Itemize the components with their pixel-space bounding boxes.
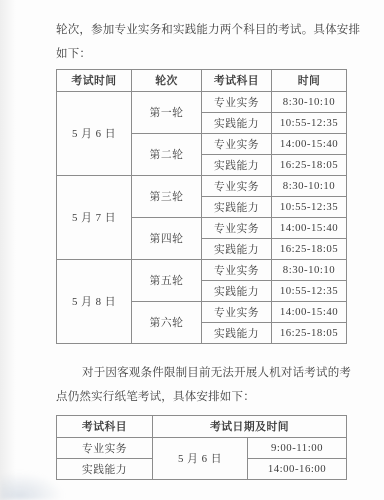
- subject-cell: 实践能力: [202, 323, 272, 344]
- time-cell: 14:00-16:00: [248, 459, 347, 480]
- table-header-row: 考试科目 考试日期及时间: [57, 416, 347, 438]
- intro-line: 轮次，参加专业实务和实践能力两个科目的考试。具体安排: [56, 18, 348, 42]
- subject-cell: 专业实务: [202, 218, 272, 239]
- header-subject: 考试科目: [202, 70, 272, 92]
- time-cell: 16:25-18:05: [272, 323, 347, 344]
- header-subject: 考试科目: [57, 416, 153, 438]
- time-cell: 16:25-18:05: [272, 239, 347, 260]
- document-content: 轮次，参加专业实务和实践能力两个科目的考试。具体安排 如下： 考试时间 轮次 考…: [56, 18, 348, 480]
- note-line: 点仍然实行纸笔考试，具体安排如下：: [56, 385, 348, 409]
- header-round: 轮次: [132, 70, 202, 92]
- time-cell: 8:30-10:10: [272, 92, 347, 113]
- date-cell: 5 月 8 日: [57, 260, 132, 344]
- table-row: 5 月 7 日 第三轮 专业实务 8:30-10:10: [57, 176, 347, 197]
- time-cell: 8:30-10:10: [272, 176, 347, 197]
- table-row: 专业实务 5 月 6 日 9:00-11:00: [57, 438, 347, 459]
- time-cell: 14:00-15:40: [272, 134, 347, 155]
- round-cell: 第五轮: [132, 260, 202, 302]
- intro-paragraph: 轮次，参加专业实务和实践能力两个科目的考试。具体安排 如下：: [56, 18, 348, 66]
- date-cell: 5 月 7 日: [57, 176, 132, 260]
- subject-cell: 专业实务: [202, 134, 272, 155]
- subject-cell: 实践能力: [202, 281, 272, 302]
- time-cell: 10:55-12:35: [272, 281, 347, 302]
- header-time: 时间: [272, 70, 347, 92]
- scan-edge-shadow: [0, 0, 16, 500]
- subject-cell: 专业实务: [202, 176, 272, 197]
- time-cell: 8:30-10:10: [272, 260, 347, 281]
- header-date-time: 考试日期及时间: [153, 416, 347, 438]
- intro-line: 如下：: [56, 42, 348, 66]
- time-cell: 14:00-15:40: [272, 218, 347, 239]
- date-cell: 5 月 6 日: [153, 438, 248, 480]
- scan-smudge-artifact: [0, 472, 64, 500]
- time-cell: 14:00-15:40: [272, 302, 347, 323]
- exam-schedule-table: 考试时间 轮次 考试科目 时间 5 月 6 日 第一轮 专业实务 8:30-10…: [56, 69, 347, 344]
- subject-cell: 实践能力: [57, 459, 153, 480]
- table-row: 5 月 8 日 第五轮 专业实务 8:30-10:10: [57, 260, 347, 281]
- subject-cell: 专业实务: [202, 260, 272, 281]
- time-cell: 10:55-12:35: [272, 197, 347, 218]
- round-cell: 第三轮: [132, 176, 202, 218]
- round-cell: 第二轮: [132, 134, 202, 176]
- date-cell: 5 月 6 日: [57, 92, 132, 176]
- round-cell: 第四轮: [132, 218, 202, 260]
- paper-exam-note-paragraph: 对于因客观条件限制目前无法开展人机对话考试的考 点仍然实行纸笔考试，具体安排如下…: [56, 361, 348, 409]
- round-cell: 第一轮: [132, 92, 202, 134]
- table-header-row: 考试时间 轮次 考试科目 时间: [57, 70, 347, 92]
- subject-cell: 实践能力: [202, 113, 272, 134]
- time-cell: 10:55-12:35: [272, 113, 347, 134]
- subject-cell: 专业实务: [57, 438, 153, 459]
- scanned-document-page: 轮次，参加专业实务和实践能力两个科目的考试。具体安排 如下： 考试时间 轮次 考…: [0, 0, 384, 500]
- subject-cell: 专业实务: [202, 92, 272, 113]
- paper-exam-table: 考试科目 考试日期及时间 专业实务 5 月 6 日 9:00-11:00 实践能…: [56, 415, 347, 480]
- table-row: 5 月 6 日 第一轮 专业实务 8:30-10:10: [57, 92, 347, 113]
- header-exam-time: 考试时间: [57, 70, 132, 92]
- subject-cell: 实践能力: [202, 155, 272, 176]
- time-cell: 16:25-18:05: [272, 155, 347, 176]
- subject-cell: 实践能力: [202, 197, 272, 218]
- round-cell: 第六轮: [132, 302, 202, 344]
- note-line: 对于因客观条件限制目前无法开展人机对话考试的考: [56, 361, 348, 385]
- subject-cell: 实践能力: [202, 239, 272, 260]
- subject-cell: 专业实务: [202, 302, 272, 323]
- time-cell: 9:00-11:00: [248, 438, 347, 459]
